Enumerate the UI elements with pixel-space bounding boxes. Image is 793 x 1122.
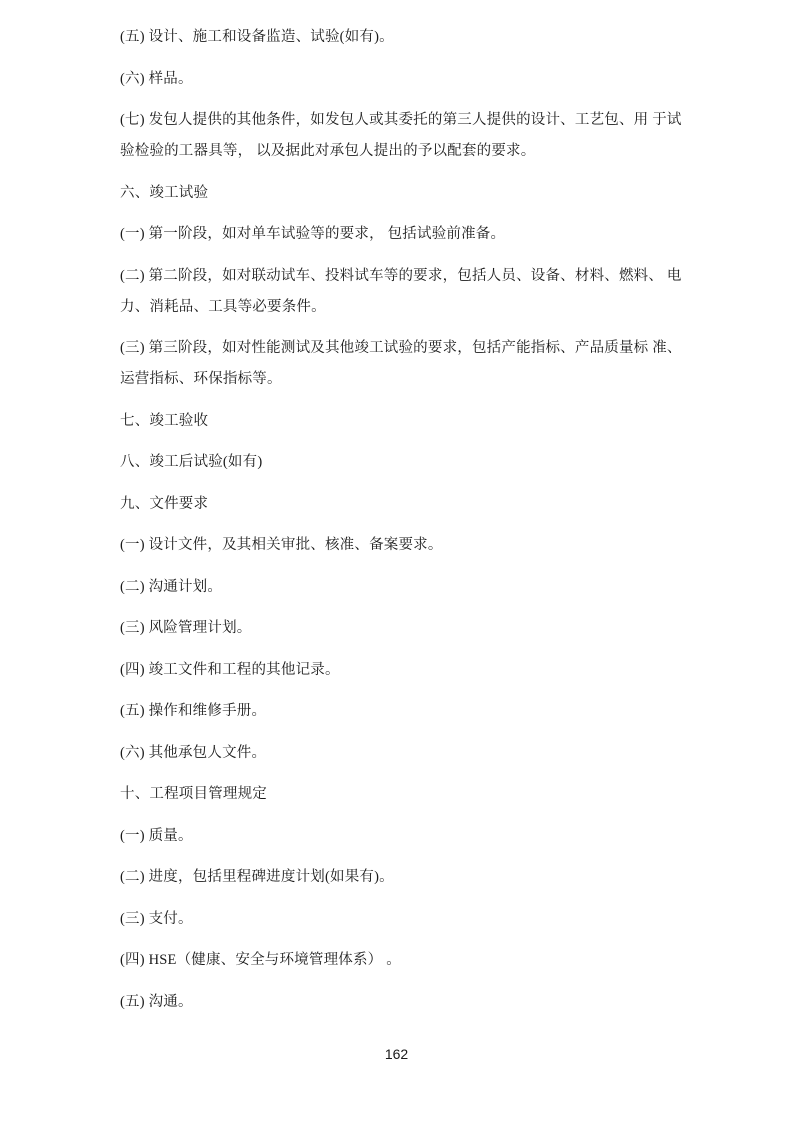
list-item: (四) HSE（健康、安全与环境管理体系） 。 — [120, 945, 685, 976]
list-item: (一) 第一阶段，如对单车试验等的要求， 包括试验前准备。 — [120, 219, 685, 250]
text-line: 八、竣工后试验(如有) — [120, 447, 685, 478]
text-line: (五) 设计、施工和设备监造、试验(如有)。 — [120, 22, 685, 53]
list-item: (四) 竣工文件和工程的其他记录。 — [120, 655, 685, 686]
text-line: 运营指标、环保指标等。 — [120, 364, 685, 395]
list-item: (六) 其他承包人文件。 — [120, 738, 685, 769]
list-item: (六) 样品。 — [120, 64, 685, 95]
list-item: (二) 第二阶段，如对联动试车、投料试车等的要求，包括人员、设备、材料、燃料、 … — [120, 261, 685, 323]
text-line: (四) HSE（健康、安全与环境管理体系） 。 — [120, 945, 685, 976]
text-line: 六、竣工试验 — [120, 178, 685, 209]
list-item: (三) 风险管理计划。 — [120, 613, 685, 644]
text-line: (二) 进度，包括里程碑进度计划(如果有)。 — [120, 862, 685, 893]
text-line: (一) 设计文件，及其相关审批、核准、备案要求。 — [120, 530, 685, 561]
text-line: 九、文件要求 — [120, 489, 685, 520]
section-heading-7: 七、竣工验收 — [120, 406, 685, 437]
list-item: (三) 支付。 — [120, 904, 685, 935]
list-item: (二) 进度，包括里程碑进度计划(如果有)。 — [120, 862, 685, 893]
list-item: (一) 质量。 — [120, 821, 685, 852]
document-content: (五) 设计、施工和设备监造、试验(如有)。 (六) 样品。 (七) 发包人提供… — [120, 22, 685, 1028]
text-line: (五) 操作和维修手册。 — [120, 696, 685, 727]
section-heading-8: 八、竣工后试验(如有) — [120, 447, 685, 478]
text-line: (一) 第一阶段，如对单车试验等的要求， 包括试验前准备。 — [120, 219, 685, 250]
text-line: (六) 样品。 — [120, 64, 685, 95]
text-line: (二) 第二阶段，如对联动试车、投料试车等的要求，包括人员、设备、材料、燃料、 … — [120, 261, 685, 292]
page-number: 162 — [0, 1045, 793, 1063]
text-line: (二) 沟通计划。 — [120, 572, 685, 603]
list-item: (七) 发包人提供的其他条件，如发包人或其委托的第三人提供的设计、工艺包、用 于… — [120, 105, 685, 167]
text-line: (五) 沟通。 — [120, 987, 685, 1018]
text-line: (四) 竣工文件和工程的其他记录。 — [120, 655, 685, 686]
text-line: 七、竣工验收 — [120, 406, 685, 437]
section-heading-6: 六、竣工试验 — [120, 178, 685, 209]
section-heading-9: 九、文件要求 — [120, 489, 685, 520]
list-item: (五) 设计、施工和设备监造、试验(如有)。 — [120, 22, 685, 53]
text-line: 验检验的工器具等， 以及据此对承包人提出的予以配套的要求。 — [120, 136, 685, 167]
list-item: (二) 沟通计划。 — [120, 572, 685, 603]
text-line: 力、消耗品、工具等必要条件。 — [120, 292, 685, 323]
section-heading-10: 十、工程项目管理规定 — [120, 779, 685, 810]
text-line: (六) 其他承包人文件。 — [120, 738, 685, 769]
text-line: (三) 支付。 — [120, 904, 685, 935]
text-line: (一) 质量。 — [120, 821, 685, 852]
document-page: (五) 设计、施工和设备监造、试验(如有)。 (六) 样品。 (七) 发包人提供… — [0, 0, 793, 1122]
text-line: (七) 发包人提供的其他条件，如发包人或其委托的第三人提供的设计、工艺包、用 于… — [120, 105, 685, 136]
list-item: (一) 设计文件，及其相关审批、核准、备案要求。 — [120, 530, 685, 561]
list-item: (五) 沟通。 — [120, 987, 685, 1018]
text-line: (三) 第三阶段，如对性能测试及其他竣工试验的要求，包括产能指标、产品质量标 准… — [120, 333, 685, 364]
text-line: (三) 风险管理计划。 — [120, 613, 685, 644]
list-item: (三) 第三阶段，如对性能测试及其他竣工试验的要求，包括产能指标、产品质量标 准… — [120, 333, 685, 395]
list-item: (五) 操作和维修手册。 — [120, 696, 685, 727]
text-line: 十、工程项目管理规定 — [120, 779, 685, 810]
